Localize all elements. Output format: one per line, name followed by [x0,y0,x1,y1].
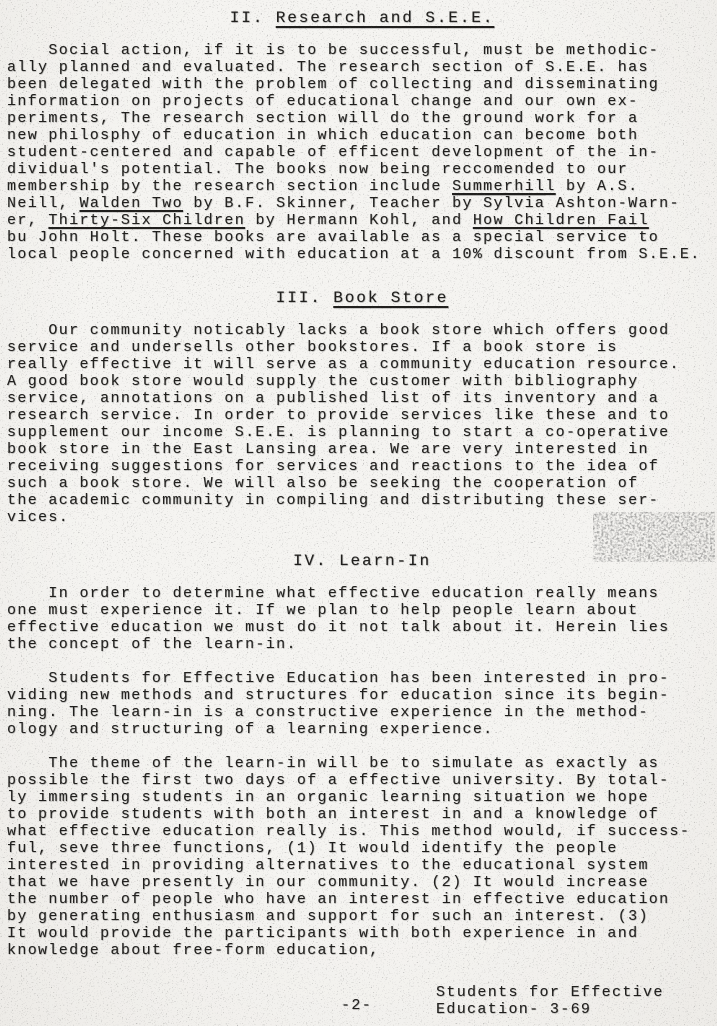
text-line: The theme of the learn-in will be to sim… [7,755,717,772]
text-line: receiving suggestions for services and r… [7,458,717,475]
text-line: A good book store would supply the custo… [7,373,717,390]
paragraph: Social action, if it is to be successful… [7,42,717,263]
text-line: really effective it will serve as a comm… [7,356,717,373]
text-line: bu John Holt. These books are available … [7,229,717,246]
text-line: In order to determine what effective edu… [7,585,717,602]
text-line: by generating enthusiasm and support for… [7,908,717,925]
text-line: interested in providing alternatives to … [7,857,717,874]
text-line: service and undersells other bookstores.… [7,339,717,356]
text-line: the concept of the learn-in. [7,636,717,653]
text-line: ning. The learn-in is a constructive exp… [7,704,717,721]
text-line: information on projects of educational c… [7,93,717,110]
text-line: the academic community in compiling and … [7,492,717,509]
text-line: student-centered and capable of efficent… [7,144,717,161]
text-line: what effective education really is. This… [7,823,717,840]
text-line: It would provide the participants with b… [7,925,717,942]
section-book-store: III. Book Store Our community noticably … [7,290,717,526]
paragraph: In order to determine what effective edu… [7,585,717,653]
text-line: Our community noticably lacks a book sto… [7,322,717,339]
text-line: book store in the East Lansing area. We … [7,441,717,458]
text-line: such a book store. We will also be seeki… [7,475,717,492]
signature-line-2: Education- 3-69 [436,1001,664,1018]
paragraph: Students for Effective Education has bee… [7,670,717,738]
text-line: Social action, if it is to be successful… [7,42,717,59]
signature-line-1: Students for Effective [436,984,664,1001]
text-line: effective education we must do it not ta… [7,619,717,636]
paragraph: The theme of the learn-in will be to sim… [7,755,717,959]
text-line: the number of people who have an interes… [7,891,717,908]
text-line: local people concerned with education at… [7,246,717,263]
text-line: possible the first two days of a effecti… [7,772,717,789]
section-number: IV. [293,552,339,570]
text-line: new philosphy of education in which educ… [7,127,717,144]
section-learn-in: IV. Learn-In In order to determine what … [7,553,717,959]
section-heading: IV. Learn-In [7,553,717,570]
scanned-page: II. Research and S.E.E. Social action, i… [0,0,717,1026]
section-number: II. [230,9,276,27]
text-line: dividual's potential. The books now bein… [7,161,717,178]
text-line: knowledge about free-form education, [7,942,717,959]
text-line: ful, seve three functions, (1) It would … [7,840,717,857]
text-line: er, Thirty-Six Children by Hermann Kohl,… [7,212,717,229]
page-number: -2- [341,997,372,1014]
signature-block: Students for Effective Education- 3-69 [436,984,664,1018]
section-number: III. [276,289,334,307]
section-heading: III. Book Store [7,290,717,307]
text-line: periments, The research section will do … [7,110,717,127]
text-line: ally planned and evaluated. The research… [7,59,717,76]
text-line: that we have presently in our community.… [7,874,717,891]
section-research-and-see: II. Research and S.E.E. Social action, i… [7,10,717,263]
text-line: supplement our income S.E.E. is planning… [7,424,717,441]
text-line: service, annotations on a published list… [7,390,717,407]
text-line: viding new methods and structures for ed… [7,687,717,704]
text-line: been delegated with the problem of colle… [7,76,717,93]
paragraph: Our community noticably lacks a book sto… [7,322,717,526]
text-line: Students for Effective Education has bee… [7,670,717,687]
text-line: ly immersing students in an organic lear… [7,789,717,806]
text-line: ology and structuring of a learning expe… [7,721,717,738]
text-line: research service. In order to provide se… [7,407,717,424]
text-line: to provide students with both an interes… [7,806,717,823]
section-heading: II. Research and S.E.E. [7,10,717,27]
section-title: Book Store [333,289,448,307]
text-line: one must experience it. If we plan to he… [7,602,717,619]
text-line: membership by the research section inclu… [7,178,717,195]
section-title: Learn-In [339,552,431,570]
text-line: Neill, Walden Two by B.F. Skinner, Teach… [7,195,717,212]
section-title: Research and S.E.E. [276,9,495,27]
text-line: vices. [7,509,717,526]
document-sections: II. Research and S.E.E. Social action, i… [7,10,717,959]
